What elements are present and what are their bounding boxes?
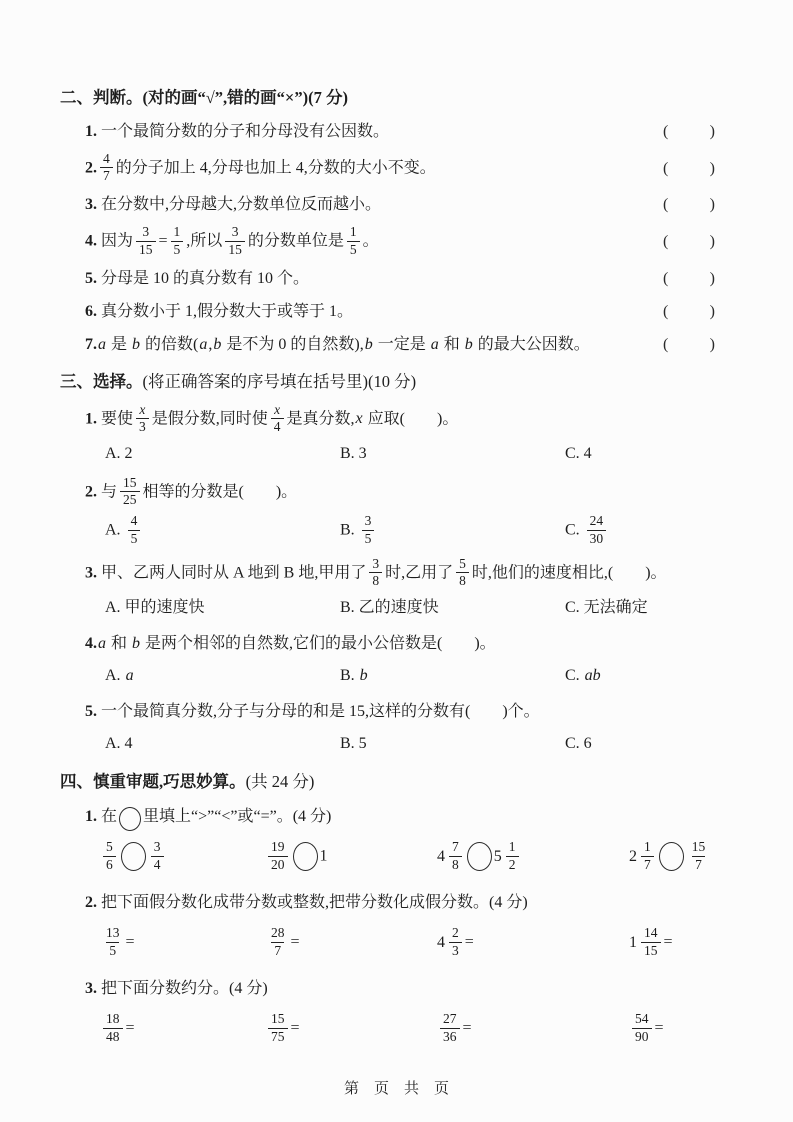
bracket-open: ( xyxy=(663,157,668,181)
bracket-open: ( xyxy=(663,267,668,291)
fraction: 1575 xyxy=(268,1012,288,1043)
compare-circle[interactable] xyxy=(467,842,492,871)
page-footer: 第 页 共 页 xyxy=(0,1077,793,1098)
mixed-number: 478 xyxy=(437,841,465,872)
option-3-c[interactable]: C. 无法确定 xyxy=(565,596,737,620)
mixed-number: 11415 xyxy=(629,927,664,958)
section-3-title: 三、选择。(将正确答案的序号填在括号里)(10 分) xyxy=(60,370,737,394)
convert-item-2[interactable]: 287= xyxy=(265,927,437,958)
fraction: 15 xyxy=(171,225,184,256)
option-1-a[interactable]: A. 2 xyxy=(105,442,340,466)
option-5-c[interactable]: C. 6 xyxy=(565,732,737,756)
compare-circle[interactable] xyxy=(659,842,684,871)
option-4-c[interactable]: C. ab xyxy=(565,664,737,688)
bracket-close: ) xyxy=(710,120,715,144)
section-3-title-main: 三、选择。 xyxy=(60,372,143,391)
fraction: 56 xyxy=(103,840,116,871)
choice-options-2: A. 45 B. 35 C. 2430 xyxy=(60,515,737,546)
choice-question-5: 5. 一个最简真分数,分子与分母的和是 15,这样的分数有( )个。 xyxy=(60,699,737,725)
choice-options-3: A. 甲的速度快 B. 乙的速度快 C. 无法确定 xyxy=(60,596,737,620)
reduce-item-1[interactable]: 1848= xyxy=(100,1013,265,1044)
convert-item-4[interactable]: 11415= xyxy=(629,927,737,958)
option-2-c[interactable]: C. 2430 xyxy=(565,515,737,546)
worksheet-page: 二、判断。(对的画“√”,错的画“×”)(7 分) 1. 一个最简分数的分子和分… xyxy=(0,0,793,1122)
judge-item-2-text: 2.47的分子加上 4,分母也加上 4,分数的大小不变。 xyxy=(85,153,651,184)
fraction: 1848 xyxy=(103,1012,123,1043)
answer-bracket-6[interactable]: () xyxy=(663,300,715,324)
fraction: 157 xyxy=(689,840,709,871)
judge-item-7-text: 7.a 是 b 的倍数(a,b 是不为 0 的自然数),b 一定是 a 和 b … xyxy=(85,333,651,357)
bracket-close: ) xyxy=(710,157,715,181)
judge-item-6: 6. 真分数小于 1,假分数大于或等于 1。 () xyxy=(60,300,737,324)
reduce-item-2[interactable]: 1575= xyxy=(265,1013,437,1044)
option-1-c[interactable]: C. 4 xyxy=(565,442,737,466)
section-4-title-note: (共 24 分) xyxy=(246,772,315,791)
fraction: 135 xyxy=(103,926,123,957)
worksheet-content: 二、判断。(对的画“√”,错的画“×”)(7 分) 1. 一个最简分数的分子和分… xyxy=(0,0,793,1049)
choice-question-3: 3. 甲、乙两人同时从 A 地到 B 地,甲用了38时,乙用了58时,他们的速度… xyxy=(60,558,737,589)
bracket-close: ) xyxy=(710,193,715,217)
answer-bracket-5[interactable]: () xyxy=(663,267,715,291)
judge-item-2: 2.47的分子加上 4,分母也加上 4,分数的大小不变。 () xyxy=(60,153,737,184)
convert-item-3[interactable]: 423= xyxy=(437,927,629,958)
fraction: 38 xyxy=(369,557,382,588)
fraction: 5490 xyxy=(632,1012,652,1043)
option-5-a[interactable]: A. 4 xyxy=(105,732,340,756)
option-1-b[interactable]: B. 3 xyxy=(340,442,565,466)
reduce-row: 1848= 1575= 2736= 5490= xyxy=(60,1009,737,1049)
fraction: 17 xyxy=(641,840,654,871)
bracket-open: ( xyxy=(663,300,668,324)
fraction: 15 xyxy=(347,225,360,256)
compare-item-2[interactable]: 19201 xyxy=(265,841,437,872)
fraction: 2430 xyxy=(587,514,607,545)
compare-item-4[interactable]: 217157 xyxy=(629,841,737,872)
judge-item-4-text: 4. 因为315=15,所以315的分数单位是15。 xyxy=(85,226,651,257)
judge-item-5-text: 5. 分母是 10 的真分数有 10 个。 xyxy=(85,267,651,291)
fraction: 287 xyxy=(268,926,288,957)
section-3-title-note: (将正确答案的序号填在括号里)(10 分) xyxy=(143,372,417,391)
judge-item-1-text: 1. 一个最简分数的分子和分母没有公因数。 xyxy=(85,120,651,144)
fraction: 1920 xyxy=(268,840,288,871)
reduce-item-4[interactable]: 5490= xyxy=(629,1013,737,1044)
fraction: 315 xyxy=(225,225,245,256)
judge-item-7: 7.a 是 b 的倍数(a,b 是不为 0 的自然数),b 一定是 a 和 b … xyxy=(60,333,737,357)
bracket-open: ( xyxy=(663,333,668,357)
bracket-close: ) xyxy=(710,267,715,291)
fraction: 315 xyxy=(136,225,156,256)
fraction: 45 xyxy=(128,514,141,545)
calc-question-3: 3. 把下面分数约分。(4 分) xyxy=(60,976,737,1002)
judge-item-4: 4. 因为315=15,所以315的分数单位是15。 () xyxy=(60,226,737,257)
bracket-open: ( xyxy=(663,193,668,217)
judge-item-5: 5. 分母是 10 的真分数有 10 个。 () xyxy=(60,267,737,291)
judge-item-1: 1. 一个最简分数的分子和分母没有公因数。 () xyxy=(60,120,737,144)
fraction: 1525 xyxy=(120,476,140,507)
fraction: 35 xyxy=(362,514,375,545)
judge-item-6-text: 6. 真分数小于 1,假分数大于或等于 1。 xyxy=(85,300,651,324)
answer-bracket-2[interactable]: () xyxy=(663,157,715,181)
option-3-b[interactable]: B. 乙的速度快 xyxy=(340,596,565,620)
judge-item-3-text: 3. 在分数中,分母越大,分数单位反而越小。 xyxy=(85,193,651,217)
compare-item-1[interactable]: 5634 xyxy=(100,841,265,872)
reduce-item-3[interactable]: 2736= xyxy=(437,1013,629,1044)
compare-circle[interactable] xyxy=(119,807,141,831)
choice-options-5: A. 4 B. 5 C. 6 xyxy=(60,732,737,756)
bracket-open: ( xyxy=(663,230,668,254)
convert-item-1[interactable]: 135= xyxy=(100,927,265,958)
fraction: 12 xyxy=(506,840,519,871)
fraction: 47 xyxy=(100,152,113,183)
compare-circle[interactable] xyxy=(121,842,146,871)
section-2-title-note: (对的画“√”,错的画“×”)(7 分) xyxy=(143,88,348,107)
fraction: 2736 xyxy=(440,1012,460,1043)
convert-row: 135= 287= 423= 11415= xyxy=(60,923,737,963)
section-2-title: 二、判断。(对的画“√”,错的画“×”)(7 分) xyxy=(60,86,737,110)
option-4-a[interactable]: A. a xyxy=(105,664,340,688)
calc-question-2: 2. 把下面假分数化成带分数或整数,把带分数化成假分数。(4 分) xyxy=(60,890,737,916)
fraction: 34 xyxy=(151,840,164,871)
bracket-open: ( xyxy=(663,120,668,144)
choice-question-2: 2. 与1525相等的分数是( )。 xyxy=(60,477,737,508)
option-3-a[interactable]: A. 甲的速度快 xyxy=(105,596,340,620)
compare-circle[interactable] xyxy=(293,842,318,871)
answer-bracket-3[interactable]: () xyxy=(663,193,715,217)
answer-bracket-4[interactable]: () xyxy=(663,230,715,254)
mixed-number: 512 xyxy=(494,841,522,872)
bracket-close: ) xyxy=(710,300,715,324)
option-4-b[interactable]: B. b xyxy=(340,664,565,688)
option-5-b[interactable]: B. 5 xyxy=(340,732,565,756)
fraction: 23 xyxy=(449,926,462,957)
judge-item-3: 3. 在分数中,分母越大,分数单位反而越小。 () xyxy=(60,193,737,217)
section-2-title-main: 二、判断。 xyxy=(60,88,143,107)
answer-bracket-1[interactable]: () xyxy=(663,120,715,144)
option-2-a[interactable]: A. 45 xyxy=(105,515,340,546)
section-4-title: 四、慎重审题,巧思妙算。(共 24 分) xyxy=(60,770,737,794)
section-4-title-main: 四、慎重审题,巧思妙算。 xyxy=(60,772,246,791)
answer-bracket-7[interactable]: () xyxy=(663,333,715,357)
calc-question-1: 1. 在里填上“>”“<”或“=”。(4 分) xyxy=(60,804,737,830)
choice-question-1: 1. 要使x3是假分数,同时使x4是真分数,x 应取( )。 xyxy=(60,404,737,435)
fraction: x3 xyxy=(136,403,149,434)
fraction: x4 xyxy=(271,403,284,434)
bracket-close: ) xyxy=(710,230,715,254)
choice-options-4: A. a B. b C. ab xyxy=(60,664,737,688)
fraction: 78 xyxy=(449,840,462,871)
fraction: 1415 xyxy=(641,926,661,957)
compare-row: 5634 19201 478512 217157 xyxy=(60,837,737,877)
bracket-close: ) xyxy=(710,333,715,357)
compare-item-3[interactable]: 478512 xyxy=(437,841,629,872)
mixed-number: 217 xyxy=(629,841,657,872)
fraction: 58 xyxy=(456,557,469,588)
choice-options-1: A. 2 B. 3 C. 4 xyxy=(60,442,737,466)
option-2-b[interactable]: B. 35 xyxy=(340,515,565,546)
choice-question-4: 4.a 和 b 是两个相邻的自然数,它们的最小公倍数是( )。 xyxy=(60,631,737,657)
mixed-number: 423 xyxy=(437,927,465,958)
